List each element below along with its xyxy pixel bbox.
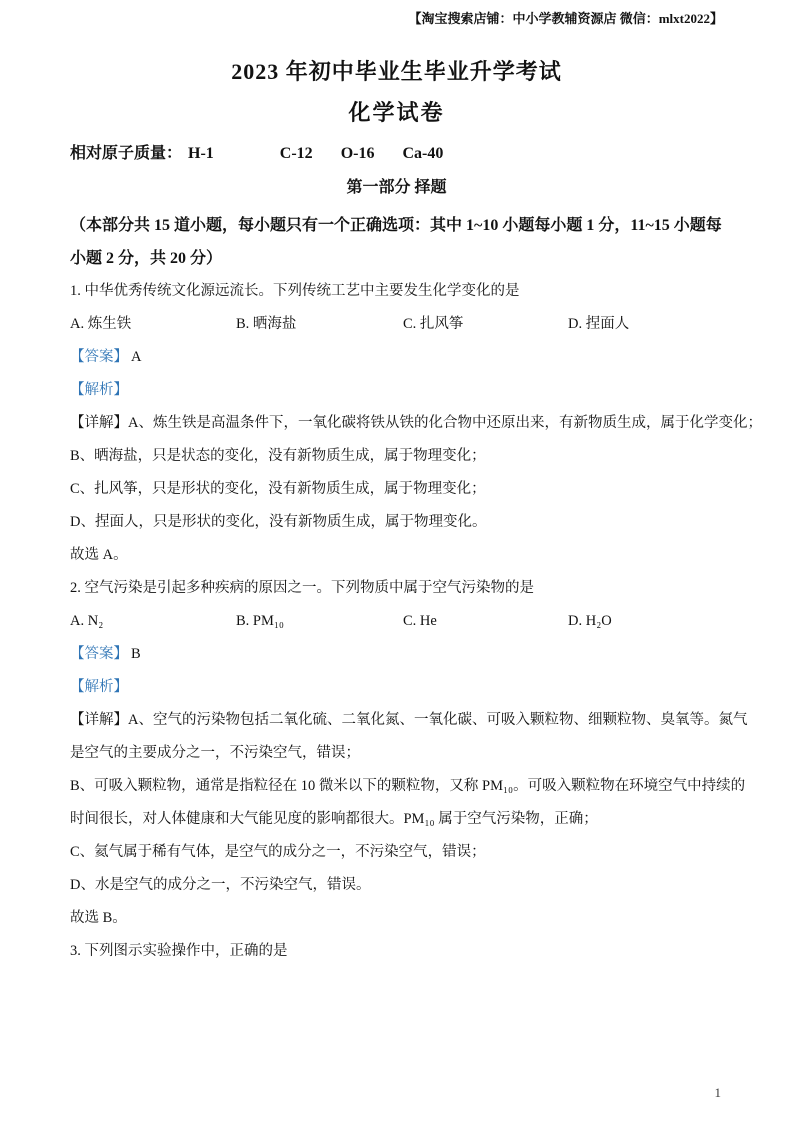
- question-2-detail-line-1: 【详解】A、空气的污染物包括二氧化硫、二氧化氮、一氧化碳、可吸入颗粒物、细颗粒物…: [70, 704, 723, 737]
- question-1-analysis-line: 【解析】: [70, 374, 723, 407]
- store-header: 【淘宝搜索店铺：中小学教辅资源店 微信：mlxt2022】: [70, 10, 723, 28]
- instructions-line-1: （本部分共 15 道小题，每小题只有一个正确选项：其中 1~10 小题每小题 1…: [70, 209, 723, 242]
- atomic-mass-label: 相对原子质量：: [70, 145, 182, 162]
- question-1-detail-text: A、炼生铁是高温条件下，一氧化碳将铁从铁的化合物中还原出来，有新物质生成，属于化…: [128, 415, 762, 431]
- question-2-option-d: D. H₂O: [568, 605, 723, 638]
- question-1-options: A. 炼生铁 B. 晒海盐 C. 扎风筝 D. 捏面人: [70, 308, 723, 341]
- question-2-analysis-line: 【解析】: [70, 671, 723, 704]
- question-1-detail-line-1: 【详解】A、炼生铁是高温条件下，一氧化碳将铁从铁的化合物中还原出来，有新物质生成…: [70, 407, 723, 440]
- question-1-answer-line: 【答案】A: [70, 341, 723, 374]
- question-2-answer: B: [131, 646, 141, 662]
- analysis-label: 【解析】: [70, 679, 128, 695]
- atomic-mass-ca: Ca-40: [402, 145, 443, 162]
- question-3-stem: 3. 下列图示实验操作中，正确的是: [70, 935, 723, 968]
- analysis-label: 【解析】: [70, 382, 128, 398]
- question-1-option-d: D. 捏面人: [568, 308, 723, 341]
- question-1-detail-line-3: C、扎风筝，只是形状的变化，没有新物质生成，属于物理变化；: [70, 473, 723, 506]
- question-2-option-a: A. N₂: [70, 605, 236, 638]
- detail-label: 【详解】: [70, 415, 128, 431]
- section-title: 第一部分 择题: [70, 177, 723, 199]
- document-page: 【淘宝搜索店铺：中小学教辅资源店 微信：mlxt2022】 2023 年初中毕业…: [0, 0, 793, 1122]
- questions-body: 1. 中华优秀传统文化源远流长。下列传统工艺中主要发生化学变化的是 A. 炼生铁…: [70, 275, 723, 968]
- question-2-conclusion: 故选 B。: [70, 902, 723, 935]
- instructions-line-2: 小题 2 分，共 20 分）: [70, 242, 723, 275]
- atomic-mass-line: 相对原子质量：H-1C-12O-16Ca-40: [70, 143, 723, 165]
- question-1-option-a: A. 炼生铁: [70, 308, 236, 341]
- atomic-mass-c: C-12: [280, 145, 313, 162]
- question-2-detail-line-5: C、氦气属于稀有气体，是空气的成分之一，不污染空气，错误；: [70, 836, 723, 869]
- question-2-options: A. N₂ B. PM₁₀ C. He D. H₂O: [70, 605, 723, 638]
- question-1-answer: A: [131, 349, 141, 365]
- atomic-mass-o: O-16: [341, 145, 375, 162]
- answer-label: 【答案】: [70, 349, 128, 365]
- page-content: 【淘宝搜索店铺：中小学教辅资源店 微信：mlxt2022】 2023 年初中毕业…: [0, 0, 793, 968]
- answer-label: 【答案】: [70, 646, 128, 662]
- question-2-option-c: C. He: [403, 605, 568, 638]
- question-1-option-b: B. 晒海盐: [236, 308, 403, 341]
- question-1-stem: 1. 中华优秀传统文化源远流长。下列传统工艺中主要发生化学变化的是: [70, 275, 723, 308]
- exam-subtitle: 化学试卷: [70, 99, 723, 127]
- section-instructions: （本部分共 15 道小题，每小题只有一个正确选项：其中 1~10 小题每小题 1…: [70, 209, 723, 275]
- question-2-stem: 2. 空气污染是引起多种疾病的原因之一。下列物质中属于空气污染物的是: [70, 572, 723, 605]
- question-2-detail-line-3: B、可吸入颗粒物，通常是指粒径在 10 微米以下的颗粒物，又称 PM₁₀。可吸入…: [70, 770, 723, 803]
- question-1-detail-line-4: D、捏面人，只是形状的变化，没有新物质生成，属于物理变化。: [70, 506, 723, 539]
- question-1-detail-line-2: B、晒海盐，只是状态的变化，没有新物质生成，属于物理变化；: [70, 440, 723, 473]
- question-1-conclusion: 故选 A。: [70, 539, 723, 572]
- question-2-answer-line: 【答案】B: [70, 638, 723, 671]
- page-number: 1: [715, 1084, 722, 1102]
- question-1-option-c: C. 扎风筝: [403, 308, 568, 341]
- atomic-mass-h: H-1: [188, 145, 214, 162]
- exam-title: 2023 年初中毕业生毕业升学考试: [70, 58, 723, 86]
- question-2-detail-line-6: D、水是空气的成分之一，不污染空气，错误。: [70, 869, 723, 902]
- detail-label: 【详解】: [70, 712, 128, 728]
- question-2-option-b: B. PM₁₀: [236, 605, 403, 638]
- question-2-detail-text: A、空气的污染物包括二氧化硫、二氧化氮、一氧化碳、可吸入颗粒物、细颗粒物、臭氧等…: [128, 712, 747, 728]
- question-2-detail-line-2: 是空气的主要成分之一，不污染空气，错误；: [70, 737, 723, 770]
- question-2-detail-line-4: 时间很长，对人体健康和大气能见度的影响都很大。PM₁₀ 属于空气污染物，正确；: [70, 803, 723, 836]
